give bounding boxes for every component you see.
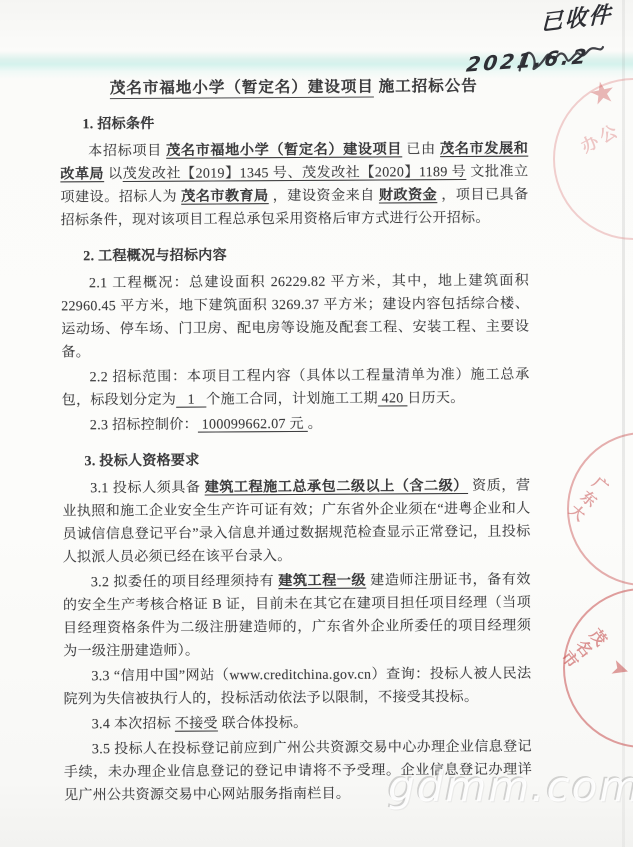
- filled-blank-text: 财政资金: [379, 188, 437, 203]
- paragraph: 3.5 投标人在投标登记前应到广州公共资源交易中心办理企业信息登记手续，未办理企…: [64, 736, 532, 808]
- document-body: 1. 招标条件本招标项目 茂名市福地小学（暂定名）建设项目 已由 茂名市发展和改…: [60, 111, 532, 808]
- scanned-document-page: ★ 办公 广东大 茂名市 ➤ 已收件 2021.6.2 茂名市福地小学（暂定名）…: [0, 0, 633, 847]
- body-text: 已由: [402, 142, 440, 157]
- body-text: 本招标项目: [88, 144, 166, 159]
- official-seal-top-right: ★ 办公: [553, 78, 633, 240]
- body-text: 3.2 拟委任的项目经理须持有: [91, 574, 279, 590]
- body-text: 。: [308, 417, 322, 432]
- filled-blank-text: 不接受: [175, 716, 218, 731]
- body-text: 2.1 工程概况：总建设面积 26229.82 平方米，其中，地上建筑面积 22…: [61, 274, 533, 361]
- filled-blank-text: 茂发改社【2019】1345 号、茂发改社【2020】1189 号: [123, 165, 467, 182]
- paragraph: 2.1 工程概况：总建设面积 26229.82 平方米，其中，地上建筑面积 22…: [61, 270, 530, 365]
- filled-blank-text: 建筑工程一级: [278, 574, 366, 590]
- seal-star-icon: ★: [586, 74, 620, 114]
- filled-blank-text: 茂名市福地小学（暂定名）建设项目: [166, 142, 402, 158]
- paragraph: 3.4 本次招标 不接受 联合体投标。: [64, 711, 532, 737]
- title-rest-part: 施工招标公告: [374, 78, 478, 96]
- filled-blank-text: 100099662.07 元: [198, 417, 308, 433]
- seal-arrow-mark: ➤: [607, 654, 633, 684]
- paragraph: 2.2 招标范围：本项目工程内容（具体以工程量清单为准）施工总承包，标段划分定为…: [62, 364, 530, 413]
- body-text: 联合体投标。: [218, 716, 308, 732]
- scan-edge-shadow: [622, 0, 625, 847]
- body-text: 日历天。: [407, 391, 464, 406]
- body-text: 个施工合同，计划施工工期: [206, 391, 378, 407]
- paragraph: 3.2 拟委任的项目经理须持有 建筑工程一级 建造师注册证书，备有效的安全生产考…: [63, 569, 532, 664]
- section-heading: 3. 投标人资格要求: [62, 448, 530, 474]
- paragraph: 3.3 “信用中国”网站（www.creditchina.gov.cn）查询：投…: [63, 663, 531, 712]
- seal-text: 办公: [576, 116, 625, 158]
- filled-blank-text: 茂名市教育局: [181, 189, 269, 205]
- filled-blank-text: 1: [176, 393, 206, 408]
- body-text: 2.3 招标控制价：: [90, 418, 198, 434]
- body-text: 3.4 本次招标: [92, 717, 175, 733]
- body-text: 3.1 投标人须具备: [90, 481, 205, 497]
- title-underlined-part: 茂名市福地小学（暂定名）建设项目: [110, 79, 374, 100]
- section-heading: 1. 招标条件: [60, 111, 528, 137]
- paragraph: 3.1 投标人须具备 建筑工程施工总承包二级以上（含二级） 资质，营业执照和施工…: [62, 475, 531, 570]
- paragraph: 本招标项目 茂名市福地小学（暂定名）建设项目 已由 茂名市发展和改革局 以茂发改…: [60, 138, 529, 233]
- page-title: 茂名市福地小学（暂定名）建设项目 施工招标公告: [60, 75, 528, 101]
- paragraph: 2.3 招标控制价： 100099662.07 元 。: [62, 412, 530, 438]
- body-text: ，建设资金来自: [269, 188, 379, 204]
- seal-text: 茂名市: [554, 621, 611, 672]
- filled-blank-text: 建筑工程施工总承包二级以上（含二级）: [205, 479, 468, 496]
- section-heading: 2. 工程概况与招标内容: [61, 243, 529, 269]
- body-text: 3.3 “信用中国”网站（www.creditchina.gov.cn）查询：投…: [64, 667, 532, 708]
- filled-blank-text: 420: [378, 391, 408, 406]
- body-text: 3.5 投标人在投标登记前应到广州公共资源交易中心办理企业信息登记手续，未办理企…: [64, 740, 532, 804]
- document-text-block: 茂名市福地小学（暂定名）建设项目 施工招标公告 1. 招标条件本招标项目 茂名市…: [60, 75, 532, 810]
- body-text: 以: [104, 167, 123, 182]
- seal-text: 广东大: [562, 472, 613, 527]
